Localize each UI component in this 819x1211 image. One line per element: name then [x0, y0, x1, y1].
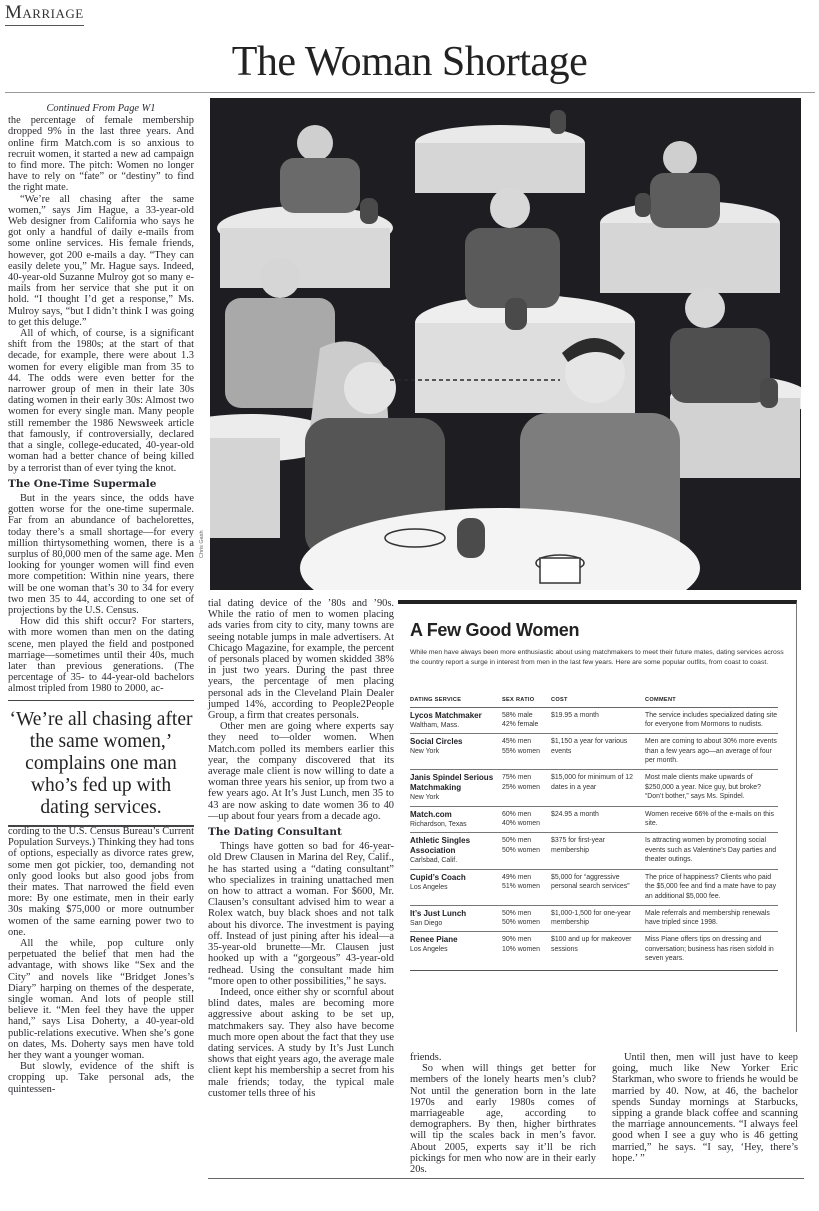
comment: The service includes specialized dating …	[645, 707, 778, 734]
table-row: Cupid’s CoachLos Angeles 49% men51% wome…	[410, 869, 778, 905]
paragraph: Other men are going where experts say th…	[208, 721, 394, 822]
service-location: New York	[410, 793, 502, 803]
sex-ratio-men: 45% men	[502, 737, 551, 747]
paragraph: cording to the U.S. Census Bureau’s Curr…	[8, 826, 194, 938]
table-row: Lycos MatchmakerWaltham, Mass. 58% male4…	[410, 707, 778, 734]
middle-column: tial dating device of the ’80s and ’90s.…	[208, 598, 394, 1099]
pull-quote: ‘We’re all chasing after the same women,…	[8, 700, 194, 827]
service-location: San Diego	[410, 919, 502, 929]
illustration	[210, 98, 801, 590]
column-header: DATING SERVICE	[410, 696, 502, 707]
service-name: Lycos Matchmaker	[410, 711, 502, 721]
sex-ratio-men: 50% men	[502, 909, 551, 919]
service-location: Carlsbad, Calif.	[410, 856, 502, 866]
column-header: SEX RATIO	[502, 696, 551, 707]
restaurant-scene-illustration	[210, 98, 801, 590]
cost: $1,150 a year for various events	[551, 734, 645, 770]
sex-ratio-men: 50% men	[502, 836, 551, 846]
service-location: New York	[410, 747, 502, 757]
headline: The Woman Shortage	[0, 38, 819, 86]
cost: $375 for first-year membership	[551, 833, 645, 870]
comment: Male referrals and membership renewals h…	[645, 905, 778, 932]
comment: Most male clients make upwards of $250,0…	[645, 769, 778, 806]
service-location: Waltham, Mass.	[410, 721, 502, 731]
service-name: Social Circles	[410, 737, 502, 747]
sex-ratio-women: 10% women	[502, 945, 551, 955]
comment: Is attracting women by promoting social …	[645, 833, 778, 870]
service-name: Athletic Singles Association	[410, 836, 502, 856]
sex-ratio-women: 51% women	[502, 882, 551, 892]
cost: $15,000 for minimum of 12 dates in a yea…	[551, 769, 645, 806]
bottom-column-1: friends. So when will things get better …	[410, 1052, 596, 1175]
table-row: It’s Just LunchSan Diego 50% men50% wome…	[410, 905, 778, 932]
service-location: Los Angeles	[410, 945, 502, 955]
sex-ratio-women: 25% women	[502, 783, 551, 793]
service-location: Richardson, Texas	[410, 820, 502, 830]
table-row: Renee PianeLos Angeles 90% men10% women …	[410, 932, 778, 971]
paragraph: All the while, pop culture only perpetua…	[8, 938, 194, 1061]
comment: Women receive 66% of the e-mails on this…	[645, 806, 778, 833]
sex-ratio-women: 42% female	[502, 720, 551, 730]
paragraph: But in the years since, the odds have go…	[8, 493, 194, 616]
cost: $1,000-1,500 for one-year membership	[551, 905, 645, 932]
left-column: Continued From Page W1 the percentage of…	[8, 103, 194, 695]
column-header: COST	[551, 696, 645, 707]
sex-ratio-women: 50% women	[502, 918, 551, 928]
column-header: COMMENT	[645, 696, 778, 707]
subhead: The One-Time Supermale	[8, 479, 194, 490]
cost: $100 and up for makeover sessions	[551, 932, 645, 971]
table-row: Janis Spindel Serious MatchmakingNew Yor…	[410, 769, 778, 806]
paragraph: the percentage of female membership drop…	[8, 115, 194, 193]
paragraph: friends.	[410, 1052, 596, 1063]
sex-ratio-men: 75% men	[502, 773, 551, 783]
sex-ratio-men: 90% men	[502, 935, 551, 945]
illustration-credit: Chris Gash	[199, 530, 205, 558]
dating-services-table: DATING SERVICE SEX RATIO COST COMMENT Ly…	[410, 696, 778, 971]
sex-ratio-men: 49% men	[502, 873, 551, 883]
sex-ratio-women: 55% women	[502, 747, 551, 757]
paragraph: “We’re all chasing after the same women,…	[8, 194, 194, 328]
paragraph: How did this shift occur? For starters, …	[8, 616, 194, 694]
table-row: Match.comRichardson, Texas 60% men40% wo…	[410, 806, 778, 833]
paragraph: So when will things get better for membe…	[410, 1063, 596, 1175]
service-name: Match.com	[410, 810, 502, 820]
section-label: Marriage	[5, 2, 84, 26]
sex-ratio-women: 50% women	[502, 846, 551, 856]
paragraph: tial dating device of the ’80s and ’90s.…	[208, 598, 394, 721]
paragraph: All of which, of course, is a significan…	[8, 328, 194, 474]
cost: $19.95 a month	[551, 707, 645, 734]
service-name: Janis Spindel Serious Matchmaking	[410, 773, 502, 793]
sex-ratio-men: 58% male	[502, 711, 551, 721]
service-name: Renee Piane	[410, 935, 502, 945]
table-row: Athletic Singles AssociationCarlsbad, Ca…	[410, 833, 778, 870]
cost: $24.95 a month	[551, 806, 645, 833]
service-name: Cupid’s Coach	[410, 873, 502, 883]
service-name: It’s Just Lunch	[410, 909, 502, 919]
bottom-rule	[208, 1178, 804, 1179]
paragraph: But slowly, evidence of the shift is cro…	[8, 1061, 194, 1095]
paragraph: Indeed, once either shy or scornful abou…	[208, 987, 394, 1099]
paragraph: Until then, men will just have to keep g…	[612, 1052, 798, 1164]
subhead: The Dating Consultant	[208, 827, 394, 838]
sidebar-box: A Few Good Women While men have always b…	[398, 600, 797, 1032]
comment: The price of happiness? Clients who paid…	[645, 869, 778, 905]
bottom-column-2: Until then, men will just have to keep g…	[612, 1052, 798, 1164]
sidebar-intro: While men have always been more enthusia…	[410, 648, 785, 668]
comment: Miss Piane offers tips on dressing and c…	[645, 932, 778, 971]
table-header-row: DATING SERVICE SEX RATIO COST COMMENT	[410, 696, 778, 707]
section-label-text: Marriage	[5, 2, 84, 23]
table-row: Social CirclesNew York 45% men55% women …	[410, 734, 778, 770]
comment: Men are coming to about 30% more events …	[645, 734, 778, 770]
sex-ratio-men: 60% men	[502, 810, 551, 820]
service-location: Los Angeles	[410, 883, 502, 893]
sex-ratio-women: 40% women	[502, 819, 551, 829]
paragraph: Things have gotten so bad for 46-year-ol…	[208, 841, 394, 987]
left-column-lower: cording to the U.S. Census Bureau’s Curr…	[8, 826, 194, 1095]
sidebar-title: A Few Good Women	[410, 620, 579, 641]
cost: $5,000 for “aggressive personal search s…	[551, 869, 645, 905]
header-rule	[5, 92, 815, 93]
continued-line: Continued From Page W1	[8, 103, 194, 114]
